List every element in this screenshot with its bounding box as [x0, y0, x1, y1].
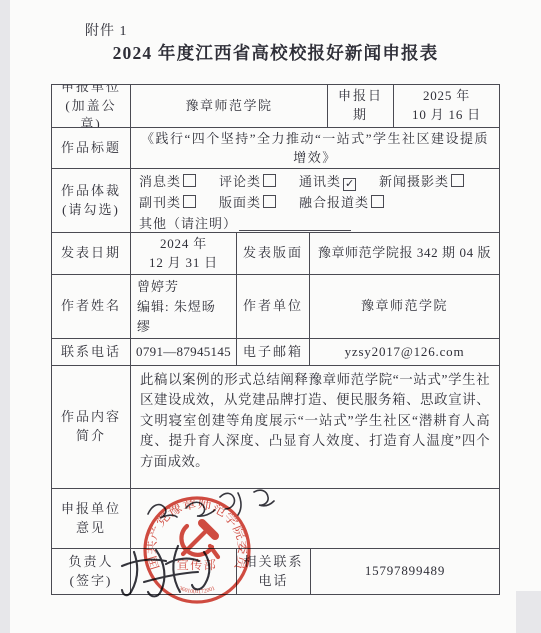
checkbox-icon[interactable]	[451, 174, 464, 187]
email-label: 电子邮箱	[237, 339, 310, 365]
approval-annotation-handwriting	[148, 490, 274, 518]
work-title-value: 《践行“四个坚持”全力推动“一站式”学生社区建设提质增效》	[131, 128, 499, 168]
apply-date-label: 申报日期	[328, 85, 394, 127]
genre-options-cell: 消息类评论类通讯类✓新闻摄影类 副刊类版面类融合报道类 其他（请注明）	[131, 169, 499, 232]
genre-line-3: 其他（请注明）	[139, 213, 495, 232]
summary-label: 作品内容 简介	[52, 366, 131, 488]
scan-edge-corner	[516, 591, 541, 633]
row-author: 作者姓名 曾婷芳 编辑: 朱煜旸 缪 慧珍 吴怡 作者单位 豫章师范学院	[52, 275, 499, 339]
responsible-signature-ink	[122, 546, 209, 596]
genre-other-label: 其他（请注明）	[139, 216, 237, 231]
genre-option-6: 融合报道类	[299, 192, 384, 213]
genre-option-label: 通讯类	[299, 174, 341, 189]
publish-date-label: 发表日期	[52, 233, 131, 274]
scanned-form-page: 附件 1 2024 年度江西省高校校报好新闻申报表 申报单位 (加盖公章) 豫章…	[0, 0, 541, 633]
genre-option-label: 消息类	[139, 174, 181, 189]
genre-option-label: 评论类	[219, 174, 261, 189]
related-phone-value: 15797899489	[311, 549, 499, 594]
email-value: yzsy2017@126.com	[310, 339, 499, 365]
checkbox-icon[interactable]	[371, 195, 384, 208]
summary-value: 此稿以案例的形式总结阐释豫章师范学院“一站式”学生社区建设成效，从党建品牌打造、…	[131, 366, 499, 488]
checkbox-checked-icon[interactable]: ✓	[343, 178, 356, 191]
author-unit-label: 作者单位	[237, 275, 310, 338]
contact-phone-value: 0791—87945145	[131, 339, 237, 365]
scan-edge-left	[0, 0, 10, 633]
applicant-unit-label: 申报单位 (加盖公章)	[52, 85, 131, 127]
publish-date-value: 2024 年 12 月 31 日	[131, 233, 237, 274]
genre-line-2: 副刊类版面类融合报道类	[139, 192, 495, 213]
signature-handwriting	[108, 482, 298, 632]
genre-option-3: 新闻摄影类	[379, 171, 464, 192]
genre-option-label: 新闻摄影类	[379, 174, 449, 189]
genre-option-label: 融合报道类	[299, 195, 369, 210]
row-publish: 发表日期 2024 年 12 月 31 日 发表版面 豫章师范学院报 342 期…	[52, 233, 499, 275]
genre-option-5: 版面类	[219, 192, 276, 213]
work-title-label: 作品标题	[52, 128, 131, 168]
genre-label: 作品体裁 (请勾选)	[52, 169, 131, 232]
genre-option-1: 评论类	[219, 171, 276, 192]
applicant-unit-value: 豫章师范学院	[131, 85, 328, 127]
row-work-title: 作品标题 《践行“四个坚持”全力推动“一站式”学生社区建设提质增效》	[52, 128, 499, 169]
checkbox-icon[interactable]	[263, 195, 276, 208]
genre-option-label: 版面类	[219, 195, 261, 210]
contact-phone-label: 联系电话	[52, 339, 131, 365]
genre-option-2: 通讯类✓	[299, 171, 356, 192]
genre-option-0: 消息类	[139, 171, 196, 192]
row-contact: 联系电话 0791—87945145 电子邮箱 yzsy2017@126.com	[52, 339, 499, 366]
checkbox-icon[interactable]	[263, 174, 276, 187]
checkbox-icon[interactable]	[183, 174, 196, 187]
row-summary: 作品内容 简介 此稿以案例的形式总结阐释豫章师范学院“一站式”学生社区建设成效，…	[52, 366, 499, 489]
apply-date-value: 2025 年 10 月 16 日	[394, 85, 499, 127]
author-unit-value: 豫章师范学院	[310, 275, 499, 338]
author-name-label: 作者姓名	[52, 275, 131, 338]
genre-other-blank-field[interactable]	[239, 217, 351, 231]
publish-page-label: 发表版面	[237, 233, 310, 274]
row-genre: 作品体裁 (请勾选) 消息类评论类通讯类✓新闻摄影类 副刊类版面类融合报道类 其…	[52, 169, 499, 233]
checkbox-icon[interactable]	[183, 195, 196, 208]
author-name-value: 曾婷芳 编辑: 朱煜旸 缪 慧珍 吴怡	[131, 275, 237, 338]
attachment-label: 附件 1	[85, 20, 128, 40]
row-applicant-unit: 申报单位 (加盖公章) 豫章师范学院 申报日期 2025 年 10 月 16 日	[52, 85, 499, 128]
genre-option-label: 副刊类	[139, 195, 181, 210]
genre-option-4: 副刊类	[139, 192, 196, 213]
genre-line-1: 消息类评论类通讯类✓新闻摄影类	[139, 171, 495, 192]
page-title: 2024 年度江西省高校校报好新闻申报表	[51, 40, 500, 65]
publish-page-value: 豫章师范学院报 342 期 04 版	[310, 233, 499, 274]
